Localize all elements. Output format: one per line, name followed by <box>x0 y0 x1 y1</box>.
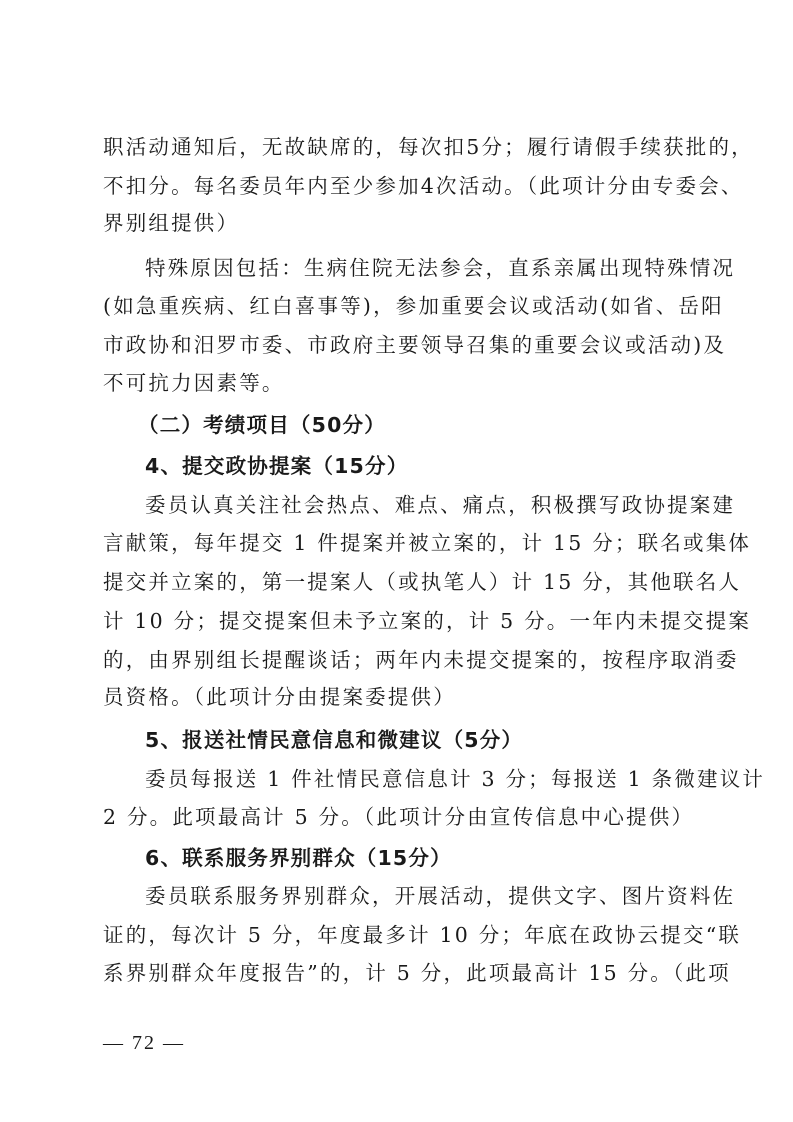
body-line: 委员联系服务界别群众，开展活动，提供文字、图片资料佐 <box>145 883 693 909</box>
page-number: — 72 — <box>103 1032 185 1055</box>
subsection-heading: 6、联系服务界别群众（15分） <box>145 845 735 871</box>
body-line: 界别组提供） <box>103 210 693 236</box>
subsection-heading: 5、报送社情民意信息和微建议（5分） <box>145 727 735 753</box>
body-line: 不扣分。每名委员年内至少参加4次活动。（此项计分由专委会、 <box>103 173 693 199</box>
body-line: 提交并立案的，第一提案人（或执笔人）计 15 分，其他联名人 <box>103 569 693 595</box>
body-line: 的，由界别组长提醒谈话；两年内未提交提案的，按程序取消委 <box>103 647 693 673</box>
body-line: 市政协和汨罗市委、市政府主要领导召集的重要会议或活动)及 <box>103 332 693 358</box>
subsection-heading: 4、提交政协提案（15分） <box>145 453 735 479</box>
body-line: 2 分。此项最高计 5 分。（此项计分由宣传信息中心提供） <box>103 804 693 830</box>
body-line: 言献策，每年提交 1 件提案并被立案的，计 15 分；联名或集体 <box>103 530 693 556</box>
body-line: 委员认真关注社会热点、难点、痛点，积极撰写政协提案建 <box>145 492 693 518</box>
body-line: 系界别群众年度报告”的，计 5 分，此项最高计 15 分。（此项 <box>103 960 693 986</box>
body-line: 不可抗力因素等。 <box>103 370 693 396</box>
body-line: 委员每报送 1 件社情民意信息计 3 分；每报送 1 条微建议计 <box>145 766 693 792</box>
body-line: 特殊原因包括：生病住院无法参会，直系亲属出现特殊情况 <box>145 255 693 281</box>
body-line: (如急重疾病、红白喜事等)，参加重要会议或活动(如省、岳阳 <box>103 293 693 319</box>
document-page: 职活动通知后，无故缺席的，每次扣5分；履行请假手续获批的， 不扣分。每名委员年内… <box>0 0 793 1122</box>
body-line: 员资格。（此项计分由提案委提供） <box>103 684 693 710</box>
body-line: 证的，每次计 5 分，年度最多计 10 分；年底在政协云提交“联 <box>103 922 693 948</box>
body-line: 计 10 分；提交提案但未予立案的，计 5 分。一年内未提交提案 <box>103 608 693 634</box>
section-heading: （二）考绩项目（50分） <box>138 412 728 438</box>
body-line: 职活动通知后，无故缺席的，每次扣5分；履行请假手续获批的， <box>103 134 693 160</box>
